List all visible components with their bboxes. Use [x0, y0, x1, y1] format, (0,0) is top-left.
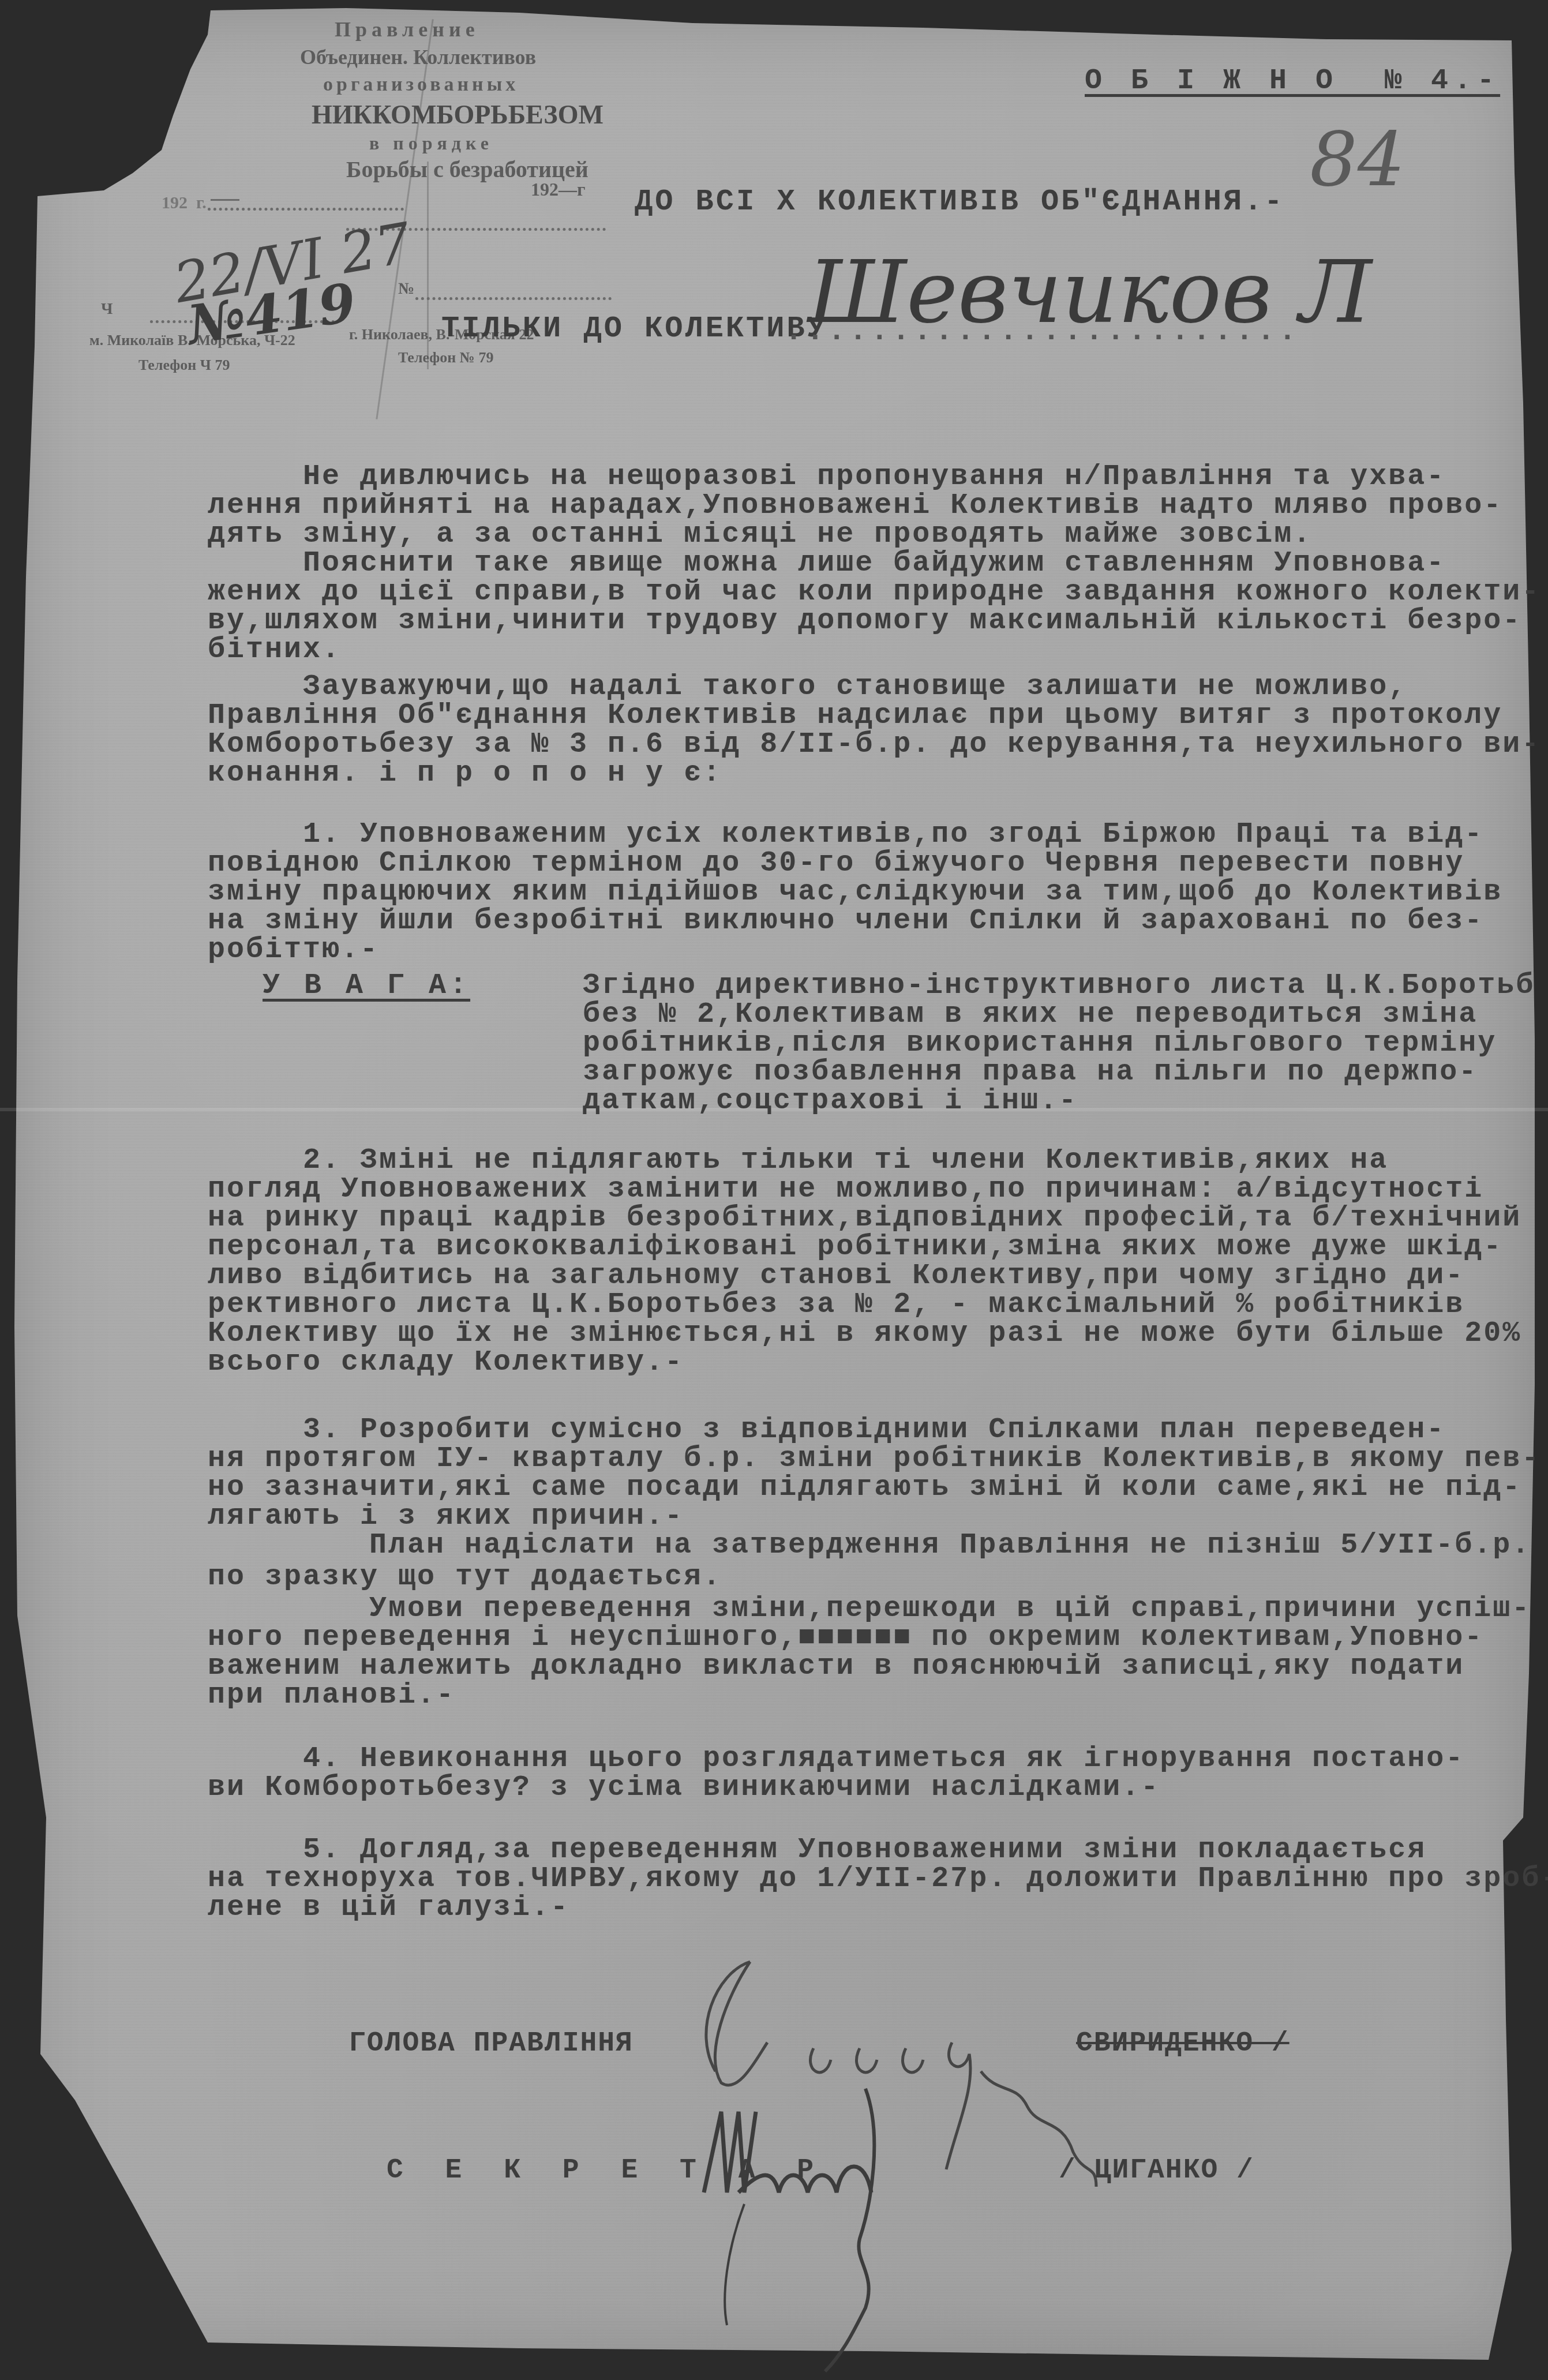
plan-note-line: по зразку що тут додається.	[208, 1561, 722, 1594]
item-5-line: на техноруха тов.ЧИРВУ,якому до 1/УІІ-27…	[208, 1862, 1548, 1895]
item-1-line: 1. Уповноваженим усіх колективів,по згод…	[303, 818, 1483, 851]
stamp-left-number-label: Ч	[101, 300, 113, 318]
stamp-ornament	[211, 199, 239, 201]
attention-line: без № 2,Колективам в яких не переводитьс…	[583, 998, 1478, 1031]
letterhead-line: Правление	[335, 17, 479, 42]
conditions-line: при планові.-	[208, 1679, 455, 1712]
stamp-phone-left: Телефон Ч 79	[138, 357, 230, 374]
letterhead-line: НИККОМБОРЬБЕЗОМ	[312, 99, 604, 130]
attention-line: даткам,соцстрахові і інш.-	[583, 1085, 1078, 1118]
attention-line: загрожує позбавлення права на пільги по …	[583, 1056, 1478, 1089]
plan-note-line: План надіслати на затвердження Правління…	[369, 1529, 1531, 1562]
item-1-line: повідною Спілкою терміном до 30-го біжуч…	[208, 847, 1464, 880]
item-5-line: 5. Догляд,за переведенням Уповноваженими…	[303, 1834, 1426, 1866]
paragraph-line: Не дивлючись на нещоразові пропонування …	[303, 460, 1445, 493]
item-2-line: 2. Зміні не підлягають тільки ті члени К…	[303, 1144, 1388, 1177]
stamp-phone-right: Телефон № 79	[398, 349, 493, 366]
paragraph-line: Комборотьбезу за № 3 п.6 від 8/II-б.р. д…	[208, 728, 1540, 761]
paragraph-line: дять зміну, а за останні місяці не прово…	[208, 518, 1312, 551]
item-2-line: рективного листа Ц.К.Боротьбез за № 2, -…	[208, 1288, 1464, 1321]
item-3-line: 3. Розробити сумісно з відповідними Спіл…	[303, 1414, 1445, 1446]
letterhead-line: Объединен. Коллективов	[300, 45, 536, 69]
attention-line: Згідно директивно-інструктивного листа Ц…	[583, 969, 1535, 1002]
paragraph-line: жених до цієї справи,в той час коли прир…	[208, 576, 1540, 609]
item-2-line: персонал,та висококваліфіковані робітник…	[208, 1231, 1502, 1264]
stamp-left-date-template: 192 г.	[162, 193, 207, 213]
item-1-line: зміну працюючих яким підійшов час,слідку…	[208, 876, 1502, 909]
item-3-line: но зазначити,які саме посади підлягають …	[208, 1471, 1521, 1504]
attention-line: робітників,після використання пільгового…	[583, 1027, 1497, 1060]
item-1-line: на зміну йшли безробітні виключно члени …	[208, 905, 1483, 938]
paragraph-line: Зауважуючи,що надалі такого становище за…	[303, 670, 1407, 703]
item-4-line: ви Комборотьбезу? з усіма виникаючими на…	[208, 1771, 1160, 1804]
item-4-line: 4. Невиконання цього розглядатиметься як…	[303, 1742, 1464, 1775]
item-2-line: на ринку праці кадрів безробітних,відпов…	[208, 1202, 1521, 1235]
conditions-line: важеним належить докладно викласти в поя…	[208, 1650, 1464, 1683]
conditions-line: ного переведення і неуспішного,■■■■■■ по…	[208, 1621, 1483, 1654]
item-3-line: лягають і з яких причин.-	[208, 1500, 684, 1533]
item-1-line: робіттю.-	[208, 934, 379, 966]
chair-label: ГОЛОВА ПРАВЛІННЯ	[349, 2028, 634, 2059]
item-5-line: лене в цій галузі.-	[208, 1891, 569, 1924]
secretary-signature-icon	[681, 2077, 958, 2377]
paragraph-line: бітних.	[208, 634, 341, 666]
stamp-date-line	[208, 208, 404, 211]
addressee-only-collective-label: ТІЛЬКИ ДО КОЛЕКТИВУ	[441, 312, 827, 346]
stamp-number-line	[415, 297, 612, 300]
addressee-all-collectives: ДО ВСІ Х КОЛЕКТИВІВ ОБ"ЄДНАННЯ.-	[635, 185, 1285, 219]
item-2-line: погляд Уповноважених замінити не можливо…	[208, 1173, 1483, 1206]
paragraph-line: Пояснити таке явище можна лише байдужим …	[303, 547, 1445, 580]
item-2-line: всього складу Колективу.-	[208, 1346, 684, 1379]
secretary-name: / ЦИГАНКО /	[1059, 2155, 1254, 2186]
circular-number: О Б І Ж Н О № 4.-	[1085, 65, 1500, 98]
archive-folio: 84	[1310, 115, 1405, 203]
attention-label: У В А Г А:	[263, 969, 470, 1002]
stamp-date-template: 192—г	[531, 179, 586, 200]
paragraph-line: лення прийняті на нарадах,Уповноважені К…	[208, 489, 1502, 522]
paragraph-line: Правління Об"єднання Колективів надсилає…	[208, 699, 1502, 732]
handwritten-recipient: Шевчиков Л	[808, 242, 1371, 343]
item-2-line: Колективу що їх не змінюється,ні в якому…	[208, 1317, 1521, 1350]
item-3-line: ня протягом IУ- кварталу б.р. зміни робі…	[208, 1442, 1540, 1475]
paragraph-line: ву,шляхом зміни,чинити трудову допомогу …	[208, 605, 1521, 638]
paragraph-line: конання. і п р о п о н у є:	[208, 757, 722, 790]
letterhead-line: организованных	[323, 74, 519, 96]
stamp-number-label: №	[398, 280, 414, 298]
conditions-line: Умови переведення зміни,перешкоди в цій …	[369, 1592, 1531, 1625]
letterhead-line: в порядке	[369, 133, 493, 154]
item-2-line: ливо відбитись на загальному станові Кол…	[208, 1260, 1464, 1292]
